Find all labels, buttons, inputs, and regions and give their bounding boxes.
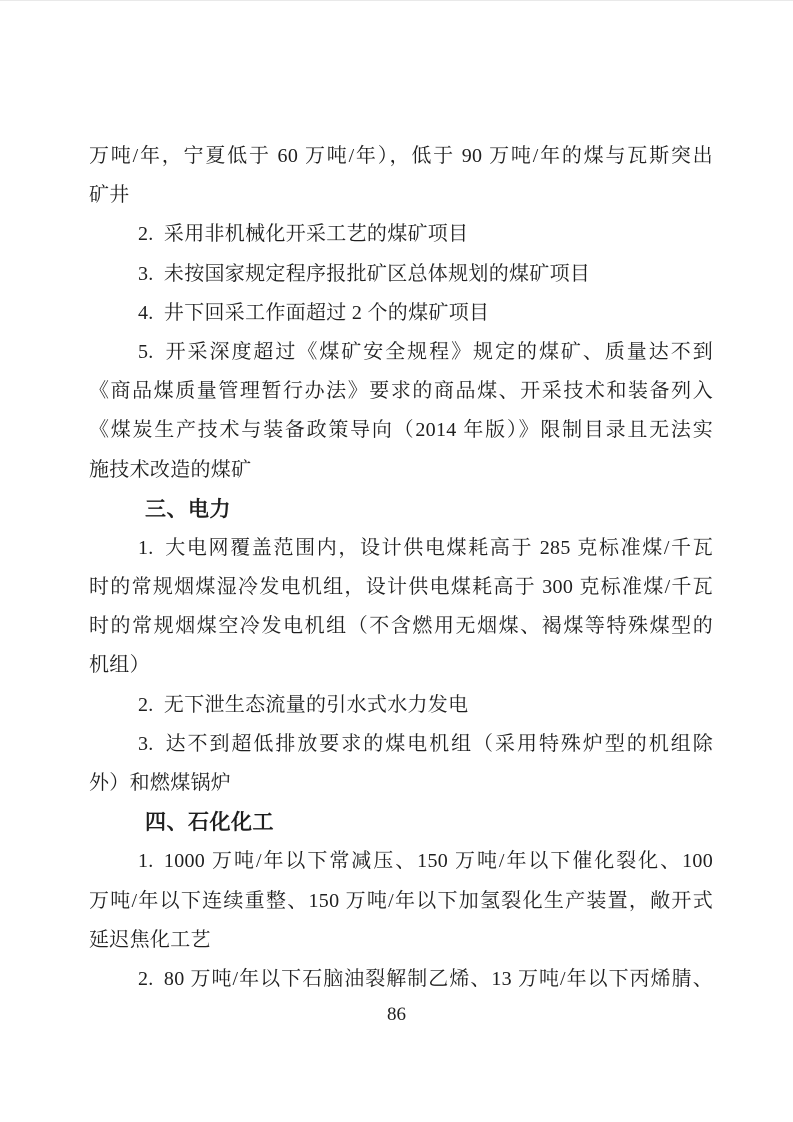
text-line: 延迟焦化工艺	[89, 921, 713, 960]
document-text-block: 万吨/年，宁夏低于 60 万吨/年），低于 90 万吨/年的煤与瓦斯突出 矿井 …	[89, 137, 713, 999]
text-line: 1. 大电网覆盖范围内，设计供电煤耗高于 285 克标准煤/千瓦	[89, 529, 713, 568]
page-top-edge	[0, 0, 793, 1]
text-line: 2. 采用非机械化开采工艺的煤矿项目	[89, 215, 713, 254]
text-line: 施技术改造的煤矿	[89, 451, 713, 490]
text-line: 万吨/年，宁夏低于 60 万吨/年），低于 90 万吨/年的煤与瓦斯突出	[89, 137, 713, 176]
text-line: 5. 开采深度超过《煤矿安全规程》规定的煤矿、质量达不到	[89, 333, 713, 372]
text-line: 3. 达不到超低排放要求的煤电机组（采用特殊炉型的机组除	[89, 725, 713, 764]
text-line: 1. 1000 万吨/年以下常减压、150 万吨/年以下催化裂化、100	[89, 842, 713, 881]
text-line: 《商品煤质量管理暂行办法》要求的商品煤、开采技术和装备列入	[89, 372, 713, 411]
text-line: 万吨/年以下连续重整、150 万吨/年以下加氢裂化生产装置，敞开式	[89, 882, 713, 921]
text-line: 4. 井下回采工作面超过 2 个的煤矿项目	[89, 294, 713, 333]
text-line: 外）和燃煤锅炉	[89, 764, 713, 803]
text-line: 时的常规烟煤空冷发电机组（不含燃用无烟煤、褐煤等特殊煤型的	[89, 607, 713, 646]
text-line: 2. 80 万吨/年以下石脑油裂解制乙烯、13 万吨/年以下丙烯腈、	[89, 960, 713, 999]
text-line: 2. 无下泄生态流量的引水式水力发电	[89, 686, 713, 725]
page-number: 86	[0, 999, 793, 1030]
section-heading: 四、石化化工	[89, 803, 713, 842]
text-line: 机组）	[89, 646, 713, 685]
text-line: 时的常规烟煤湿冷发电机组，设计供电煤耗高于 300 克标准煤/千瓦	[89, 568, 713, 607]
document-page: 万吨/年，宁夏低于 60 万吨/年），低于 90 万吨/年的煤与瓦斯突出 矿井 …	[0, 0, 793, 1122]
text-line: 《煤炭生产技术与装备政策导向（2014 年版）》限制目录且无法实	[89, 411, 713, 450]
section-heading: 三、电力	[89, 490, 713, 529]
text-line: 3. 未按国家规定程序报批矿区总体规划的煤矿项目	[89, 255, 713, 294]
text-line: 矿井	[89, 176, 713, 215]
